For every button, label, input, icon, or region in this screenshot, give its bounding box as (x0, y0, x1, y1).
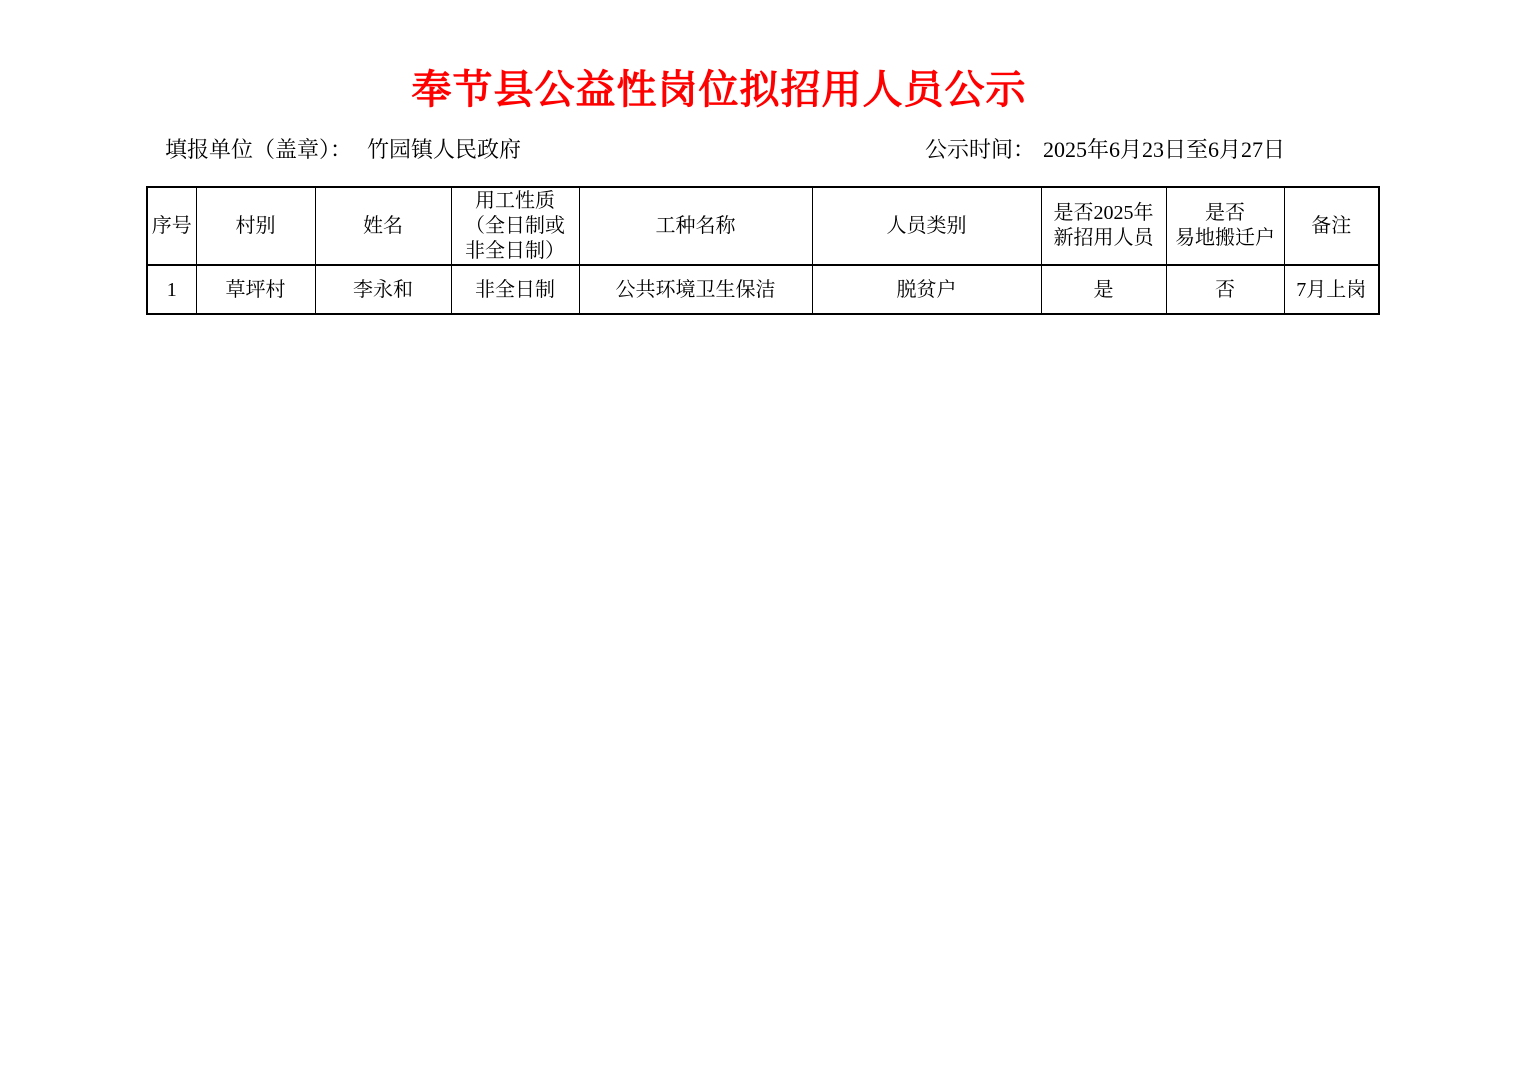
cell-name: 李永和 (315, 265, 451, 314)
cell-new-hire-2025: 是 (1041, 265, 1166, 314)
publicity-time-value: 2025年6月23日至6月27日 (1043, 137, 1285, 163)
recruitment-table: 序号 村别 姓名 用工性质 （全日制或 非全日制） 工种名称 人员类别 是否20… (146, 186, 1380, 315)
column-header-personnel-category: 人员类别 (812, 187, 1041, 265)
cell-index: 1 (147, 265, 196, 314)
column-header-new-hire-2025: 是否2025年 新招用人员 (1041, 187, 1166, 265)
page-title: 奉节县公益性岗位拟招用人员公示 (0, 58, 1438, 115)
cell-job-title: 公共环境卫生保洁 (579, 265, 812, 314)
column-header-relocated-household: 是否 易地搬迁户 (1166, 187, 1284, 265)
notice-page: 奉节县公益性岗位拟招用人员公示 填报单位（盖章）： 竹园镇人民政府 公示时间： … (0, 0, 1520, 1074)
header-row: 序号 村别 姓名 用工性质 （全日制或 非全日制） 工种名称 人员类别 是否20… (147, 187, 1379, 265)
cell-village: 草坪村 (196, 265, 315, 314)
column-header-name: 姓名 (315, 187, 451, 265)
reporting-unit-label: 填报单位（盖章）： (165, 137, 352, 163)
column-header-index: 序号 (147, 187, 196, 265)
cell-personnel-category: 脱贫户 (812, 265, 1041, 314)
table-row: 1 草坪村 李永和 非全日制 公共环境卫生保洁 脱贫户 是 否 7月上岗 (147, 265, 1379, 314)
column-header-employment-type: 用工性质 （全日制或 非全日制） (451, 187, 579, 265)
column-header-job-title: 工种名称 (579, 187, 812, 265)
column-header-remarks: 备注 (1284, 187, 1379, 265)
cell-remarks: 7月上岗 (1284, 265, 1379, 314)
cell-employment-type: 非全日制 (451, 265, 579, 314)
column-header-village: 村别 (196, 187, 315, 265)
reporting-unit-value: 竹园镇人民政府 (367, 137, 521, 163)
publicity-time-label: 公示时间： (925, 137, 1035, 163)
cell-relocated-household: 否 (1166, 265, 1284, 314)
